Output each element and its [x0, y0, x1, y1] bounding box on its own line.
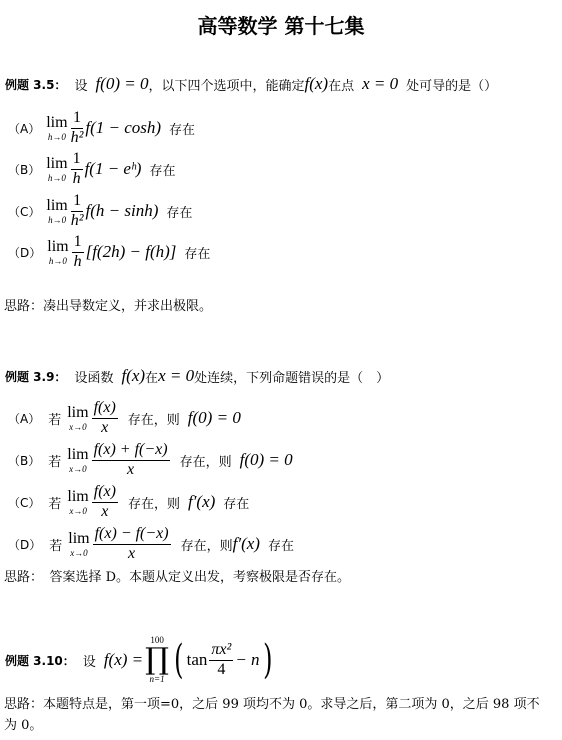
limit: limx→0	[67, 489, 88, 516]
stem-text: 设	[83, 651, 96, 670]
condition-word: 若	[48, 493, 61, 512]
limit: limx→0	[67, 447, 88, 474]
example-label: 例题 3.5：	[5, 76, 66, 93]
fraction: 1h²	[71, 110, 84, 147]
option-label: （A）	[8, 120, 40, 137]
example-3-5-stem: 例题 3.5： 设 f(0) = 0 ，以下四个选项中，能确定 f(x) 在点 …	[5, 74, 497, 94]
condition-word: 若	[49, 535, 62, 554]
option-c: （C） limh→0 1h² f(h − sinh) 存在	[8, 193, 192, 230]
limit: limh→0	[47, 239, 68, 266]
solution-note-line-1: 思路：本题特点是，第一项=0，之后 99 项均不为 0。求导之后，第二项为 0，…	[4, 693, 540, 712]
solution-note: 思路：凑出导数定义，并求出极限。	[4, 295, 212, 314]
solution-note-line-2: 为 0。	[4, 714, 42, 733]
option-mid: 存在，则	[180, 451, 232, 470]
product-operator: 100 ∏ n=1	[145, 636, 169, 684]
option-b: （B） limh→0 1h f(1 − eʰ) 存在	[8, 151, 175, 188]
math-expr: f(0) = 0	[188, 408, 241, 428]
example-label: 例题 3.9：	[5, 368, 66, 385]
stem-text: ，以下四个选项中，能确定	[148, 75, 304, 94]
example-label: 例题 3.10：	[5, 652, 75, 669]
option-label: （D）	[8, 244, 41, 261]
option-label: （C）	[8, 203, 40, 220]
option-d: （D） 若 limx→0 f(x) − f(−x)x 存在，则 f′(x) 存在	[8, 526, 294, 563]
math-expr: f(x) =	[104, 650, 143, 670]
fraction: 1h²	[71, 193, 84, 230]
option-c: （C） 若 limx→0 f(x)x 存在，则 f′(x) 存在	[8, 484, 249, 521]
option-a: （A） 若 limx→0 f(x)x 存在，则 f(0) = 0	[8, 400, 241, 437]
fraction: f(x) − f(−x)x	[93, 526, 171, 563]
left-paren-icon: (	[174, 640, 183, 680]
option-label: （D）	[8, 536, 41, 553]
option-suffix: 存在	[169, 119, 195, 138]
fraction: f(x)x	[92, 400, 118, 437]
math-expr: f(h − sinh)	[86, 201, 159, 221]
limit: limx→0	[68, 531, 89, 558]
example-3-10-stem: 例题 3.10： 设 f(x) = 100 ∏ n=1 ( tan πx²4 −…	[5, 636, 275, 684]
page-title: 高等数学 第十七集	[0, 10, 562, 39]
fraction: f(x)x	[92, 484, 118, 521]
option-suffix: 存在	[184, 243, 210, 262]
limit: limx→0	[67, 405, 88, 432]
fraction: πx²4	[209, 642, 233, 679]
stem-text: 处可导的是（）	[406, 75, 497, 94]
math-expr: f(0) = 0	[95, 74, 148, 94]
limit: limh→0	[46, 198, 67, 225]
math-expr: x = 0	[158, 366, 194, 386]
option-mid: 存在，则	[181, 535, 233, 554]
product-icon: ∏	[145, 645, 169, 675]
math-expr: f′(x)	[233, 534, 260, 554]
stem-text: 处连续，下列命题错误的是（ ）	[194, 367, 389, 386]
math-expr: f(x)	[305, 74, 329, 94]
math-expr: f′(x)	[188, 492, 215, 512]
math-expr: f(1 − cosh)	[85, 118, 161, 138]
option-mid: 存在，则	[128, 493, 180, 512]
math-expr: f(0) = 0	[240, 450, 293, 470]
stem-text: 设函数	[74, 367, 113, 386]
limit: limh→0	[46, 156, 67, 183]
right-paren-icon: )	[263, 640, 272, 680]
condition-word: 若	[48, 451, 61, 470]
math-expr: [f(2h) − f(h)]	[86, 242, 177, 262]
option-suffix: 存在	[268, 535, 294, 554]
option-suffix: 存在	[223, 493, 249, 512]
option-suffix: 存在	[166, 202, 192, 221]
stem-text: 设	[74, 75, 87, 94]
condition-word: 若	[48, 409, 61, 428]
option-a: （A） limh→0 1h² f(1 − cosh) 存在	[8, 110, 195, 147]
option-d: （D） limh→0 1h [f(2h) − f(h)] 存在	[8, 234, 210, 271]
option-label: （A）	[8, 410, 40, 427]
example-3-9-stem: 例题 3.9： 设函数 f(x) 在 x = 0 处连续，下列命题错误的是（ ）	[5, 366, 389, 386]
fraction: 1h	[72, 234, 84, 271]
stem-text: 在点	[328, 75, 354, 94]
solution-note: 思路： 答案选择 D。本题从定义出发，考察极限是否存在。	[4, 566, 350, 585]
stem-text: 在	[145, 367, 158, 386]
option-label: （B）	[8, 452, 40, 469]
option-label: （B）	[8, 161, 40, 178]
option-suffix: 存在	[149, 160, 175, 179]
math-expr: f(1 − eʰ)	[85, 159, 142, 179]
tan-function: tan	[187, 650, 208, 670]
option-b: （B） 若 limx→0 f(x) + f(−x)x 存在，则 f(0) = 0	[8, 442, 293, 479]
option-label: （C）	[8, 494, 40, 511]
limit: limh→0	[46, 115, 67, 142]
option-mid: 存在，则	[128, 409, 180, 428]
fraction: f(x) + f(−x)x	[92, 442, 170, 479]
math-expr: f(x)	[121, 366, 145, 386]
math-expr: x = 0	[362, 74, 398, 94]
math-expr: − n	[235, 650, 259, 670]
fraction: 1h	[71, 151, 83, 188]
